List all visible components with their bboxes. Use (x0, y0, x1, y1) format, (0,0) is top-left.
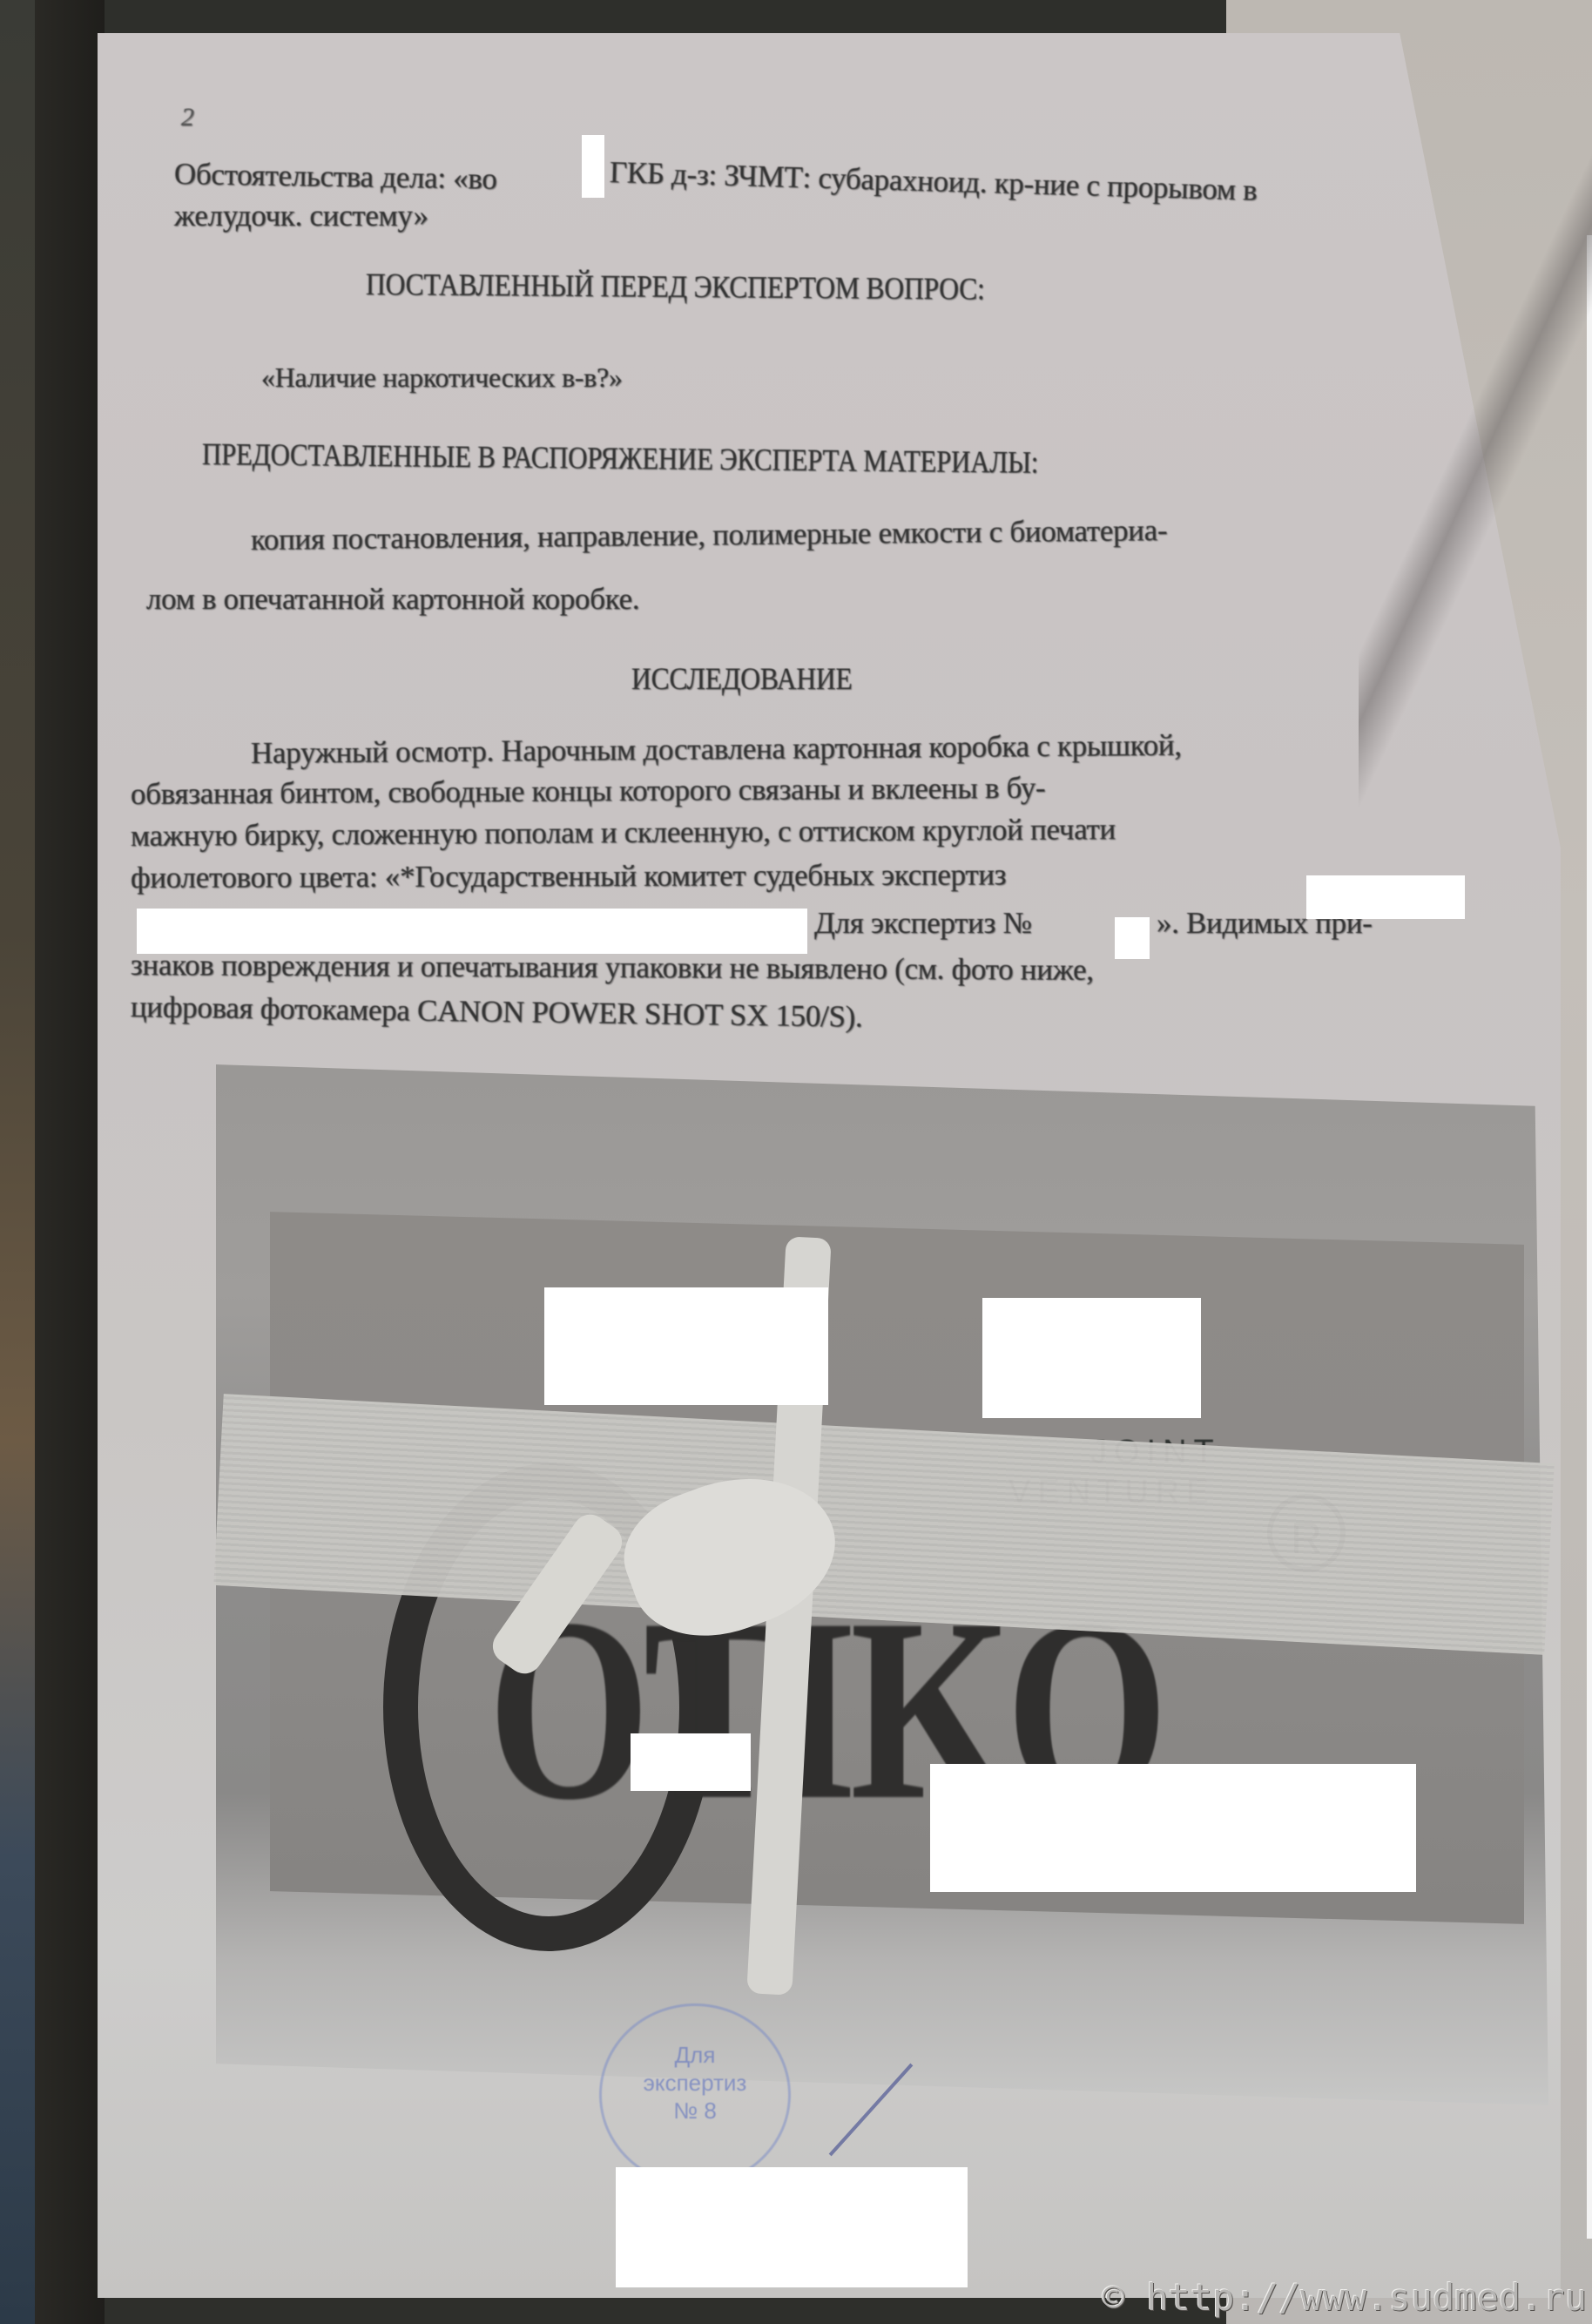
circumstances-line2: желудочк. систему» (174, 199, 428, 233)
redaction-box (544, 1287, 828, 1405)
stamp-line-3: № 8 (602, 2097, 788, 2125)
redaction-box (1115, 917, 1150, 959)
question-heading: ПОСТАВЛЕННЫЙ ПЕРЕД ЭКСПЕРТОМ ВОПРОС: (366, 266, 985, 307)
edge-strip (1587, 235, 1592, 2239)
redaction-box (1306, 875, 1465, 919)
copyright-watermark: © http://www.sudmed.ru (1103, 2276, 1587, 2319)
materials-line2: лом в опечатанной картонной коробке. (146, 582, 639, 617)
research-heading: ИССЛЕДОВАНИЕ (631, 660, 853, 697)
redaction-box (982, 1298, 1201, 1418)
circumstances-line1-a: Обстоятельства дела: «во (174, 157, 497, 197)
redaction-box (582, 135, 604, 198)
background-shadow (35, 0, 105, 2324)
page-number: 2 (181, 103, 194, 132)
body-line-2: обвязанная бинтом, свободные концы котор… (131, 771, 1046, 812)
redaction-box (930, 1764, 1416, 1892)
body-line-4: фиолетового цвета: «*Государственный ком… (131, 857, 1006, 895)
background-desk (0, 0, 35, 2324)
redaction-box (631, 1733, 751, 1791)
stamp-line-1: Для (602, 2041, 788, 2069)
stamp-line-2: экспертиз (602, 2069, 788, 2097)
body-line-3: мажную бирку, сложенную пополам и склеен… (131, 812, 1116, 854)
official-stamp: Для экспертиз № 8 (599, 2003, 791, 2186)
redaction-box (137, 909, 807, 954)
question-text: «Наличие наркотических в-в?» (261, 361, 623, 394)
body-line-5a: Для экспертиз № (814, 906, 1032, 941)
redaction-box (616, 2167, 968, 2287)
